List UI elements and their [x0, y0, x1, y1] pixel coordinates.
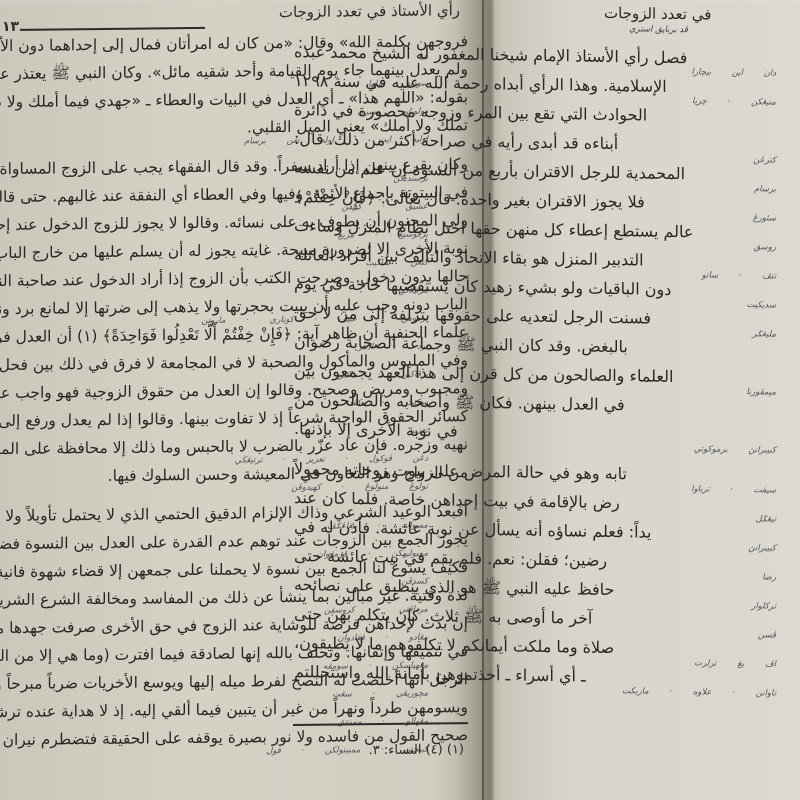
footnote: (١) (٤) النساء: ٣.: [369, 742, 464, 758]
right-page: في تعدد الزوجات ڤد برباڽق استري فصل رأي …: [482, 0, 800, 800]
running-header: في تعدد الزوجات: [604, 4, 711, 24]
handwritten-gloss: ڤد برباڽق استري: [629, 24, 688, 35]
page-number: ١٣: [2, 19, 19, 35]
book-spread: رأي الأستاذ في تعدد الزوجات ١٣ فروجهن بك…: [0, 0, 800, 800]
running-header: رأي الأستاذ في تعدد الزوجات: [279, 0, 460, 22]
header-rule: [20, 27, 205, 31]
right-body-text: فصل رأي الأستاذ الإمام شيخنا المغفور له …: [294, 42, 796, 699]
